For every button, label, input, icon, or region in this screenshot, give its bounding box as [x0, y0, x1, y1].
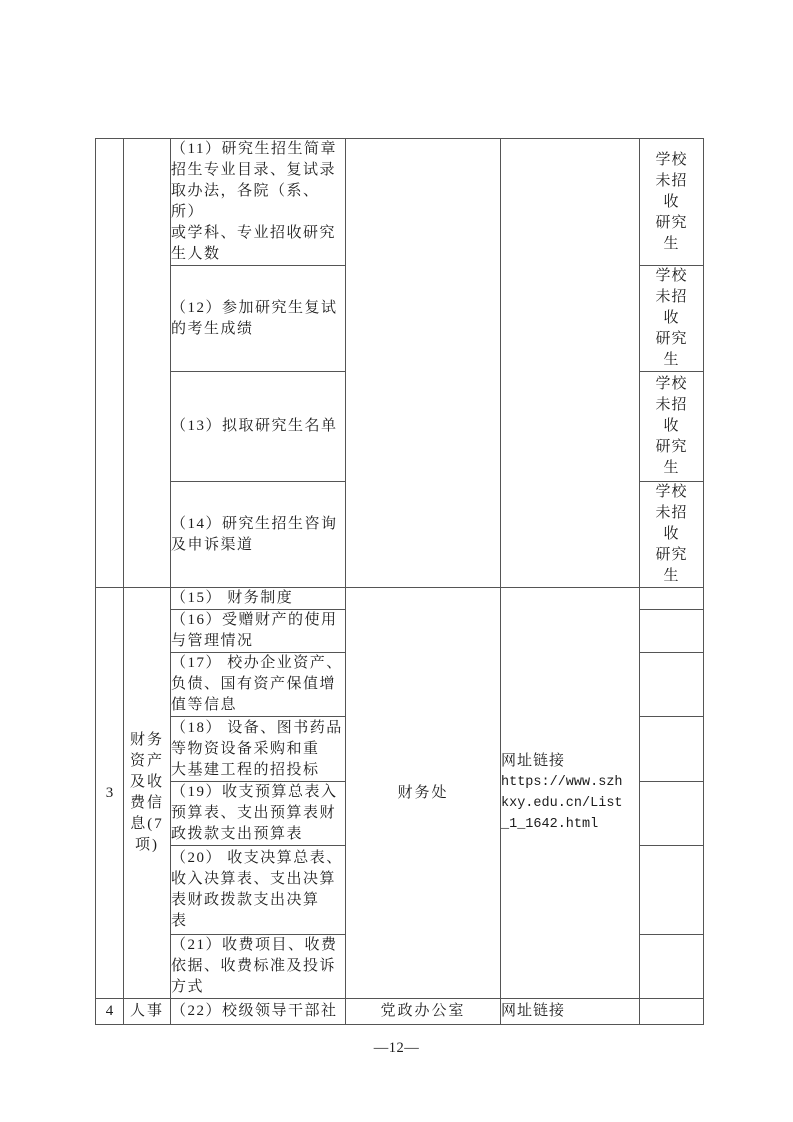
link-url: https://www.szh kxy.edu.cn/List _1_1642.…: [501, 772, 639, 835]
table-row: 4 人事 （22）校级领导干部社 党政办公室 网址链接: [96, 999, 704, 1025]
item-19-cell: （19）收支预算总表入 预算表、支出预算表财 政拨款支出预算表: [171, 782, 346, 846]
remark-cell-16-empty: [640, 610, 704, 653]
row-number-cell-4: 4: [96, 999, 124, 1025]
link-label: 网址链接: [501, 1001, 639, 1022]
link-cell-hr: 网址链接: [501, 999, 640, 1025]
remark-cell-19-empty: [640, 782, 704, 846]
category-cell-empty: [124, 139, 171, 588]
table-row: 3 财务 资产 及收 费信 息(7 项) （15） 财务制度 财务处 网址链接 …: [96, 588, 704, 610]
item-16-cell: （16）受赠财产的使用 与管理情况: [171, 610, 346, 653]
item-15-cell: （15） 财务制度: [171, 588, 346, 610]
remark-cell-13: 学校 未招 收 研究 生: [640, 372, 704, 482]
row-number-cell-empty: [96, 139, 124, 588]
item-17-cell: （17） 校办企业资产、 负债、国有资产保值增 值等信息: [171, 653, 346, 717]
remark-cell-18-empty: [640, 717, 704, 782]
remark-cell-14: 学校 未招 收 研究 生: [640, 482, 704, 588]
item-21-cell: （21）收费项目、收费 依据、收费标准及投诉 方式: [171, 935, 346, 999]
category-cell-finance: 财务 资产 及收 费信 息(7 项): [124, 588, 171, 999]
remark-cell-21-empty: [640, 935, 704, 999]
link-label: 网址链接: [501, 751, 639, 772]
table-row: （11）研究生招生简章 招生专业目录、复试录 取办法，各院（系、所） 或学科、专…: [96, 139, 704, 266]
department-cell-empty: [346, 139, 501, 588]
item-11-cell: （11）研究生招生简章 招生专业目录、复试录 取办法，各院（系、所） 或学科、专…: [171, 139, 346, 266]
remark-cell-11: 学校 未招 收 研究 生: [640, 139, 704, 266]
row-number-cell-3: 3: [96, 588, 124, 999]
remark-cell-22-empty: [640, 999, 704, 1025]
item-13-cell: （13）拟取研究生名单: [171, 372, 346, 482]
page-number: —12—: [0, 1040, 793, 1057]
item-22-cell: （22）校级领导干部社: [171, 999, 346, 1025]
remark-cell-15-empty: [640, 588, 704, 610]
item-14-cell: （14）研究生招生咨询 及申诉渠道: [171, 482, 346, 588]
department-cell-finance: 财务处: [346, 588, 501, 999]
remark-cell-12: 学校 未招 收 研究 生: [640, 266, 704, 372]
remark-cell-20-empty: [640, 846, 704, 935]
document-page: （11）研究生招生简章 招生专业目录、复试录 取办法，各院（系、所） 或学科、专…: [0, 0, 793, 1122]
item-12-cell: （12）参加研究生复试 的考生成绩: [171, 266, 346, 372]
remark-cell-17-empty: [640, 653, 704, 717]
item-18-cell: （18） 设备、图书药品 等物资设备采购和重 大基建工程的招投标: [171, 717, 346, 782]
category-cell-hr: 人事: [124, 999, 171, 1025]
info-disclosure-table: （11）研究生招生简章 招生专业目录、复试录 取办法，各院（系、所） 或学科、专…: [95, 138, 704, 1025]
link-cell-finance: 网址链接 https://www.szh kxy.edu.cn/List _1_…: [501, 588, 640, 999]
department-cell-admin-office: 党政办公室: [346, 999, 501, 1025]
link-cell-empty: [501, 139, 640, 588]
item-20-cell: （20） 收支决算总表、 收入决算表、支出决算 表财政拨款支出决算 表: [171, 846, 346, 935]
